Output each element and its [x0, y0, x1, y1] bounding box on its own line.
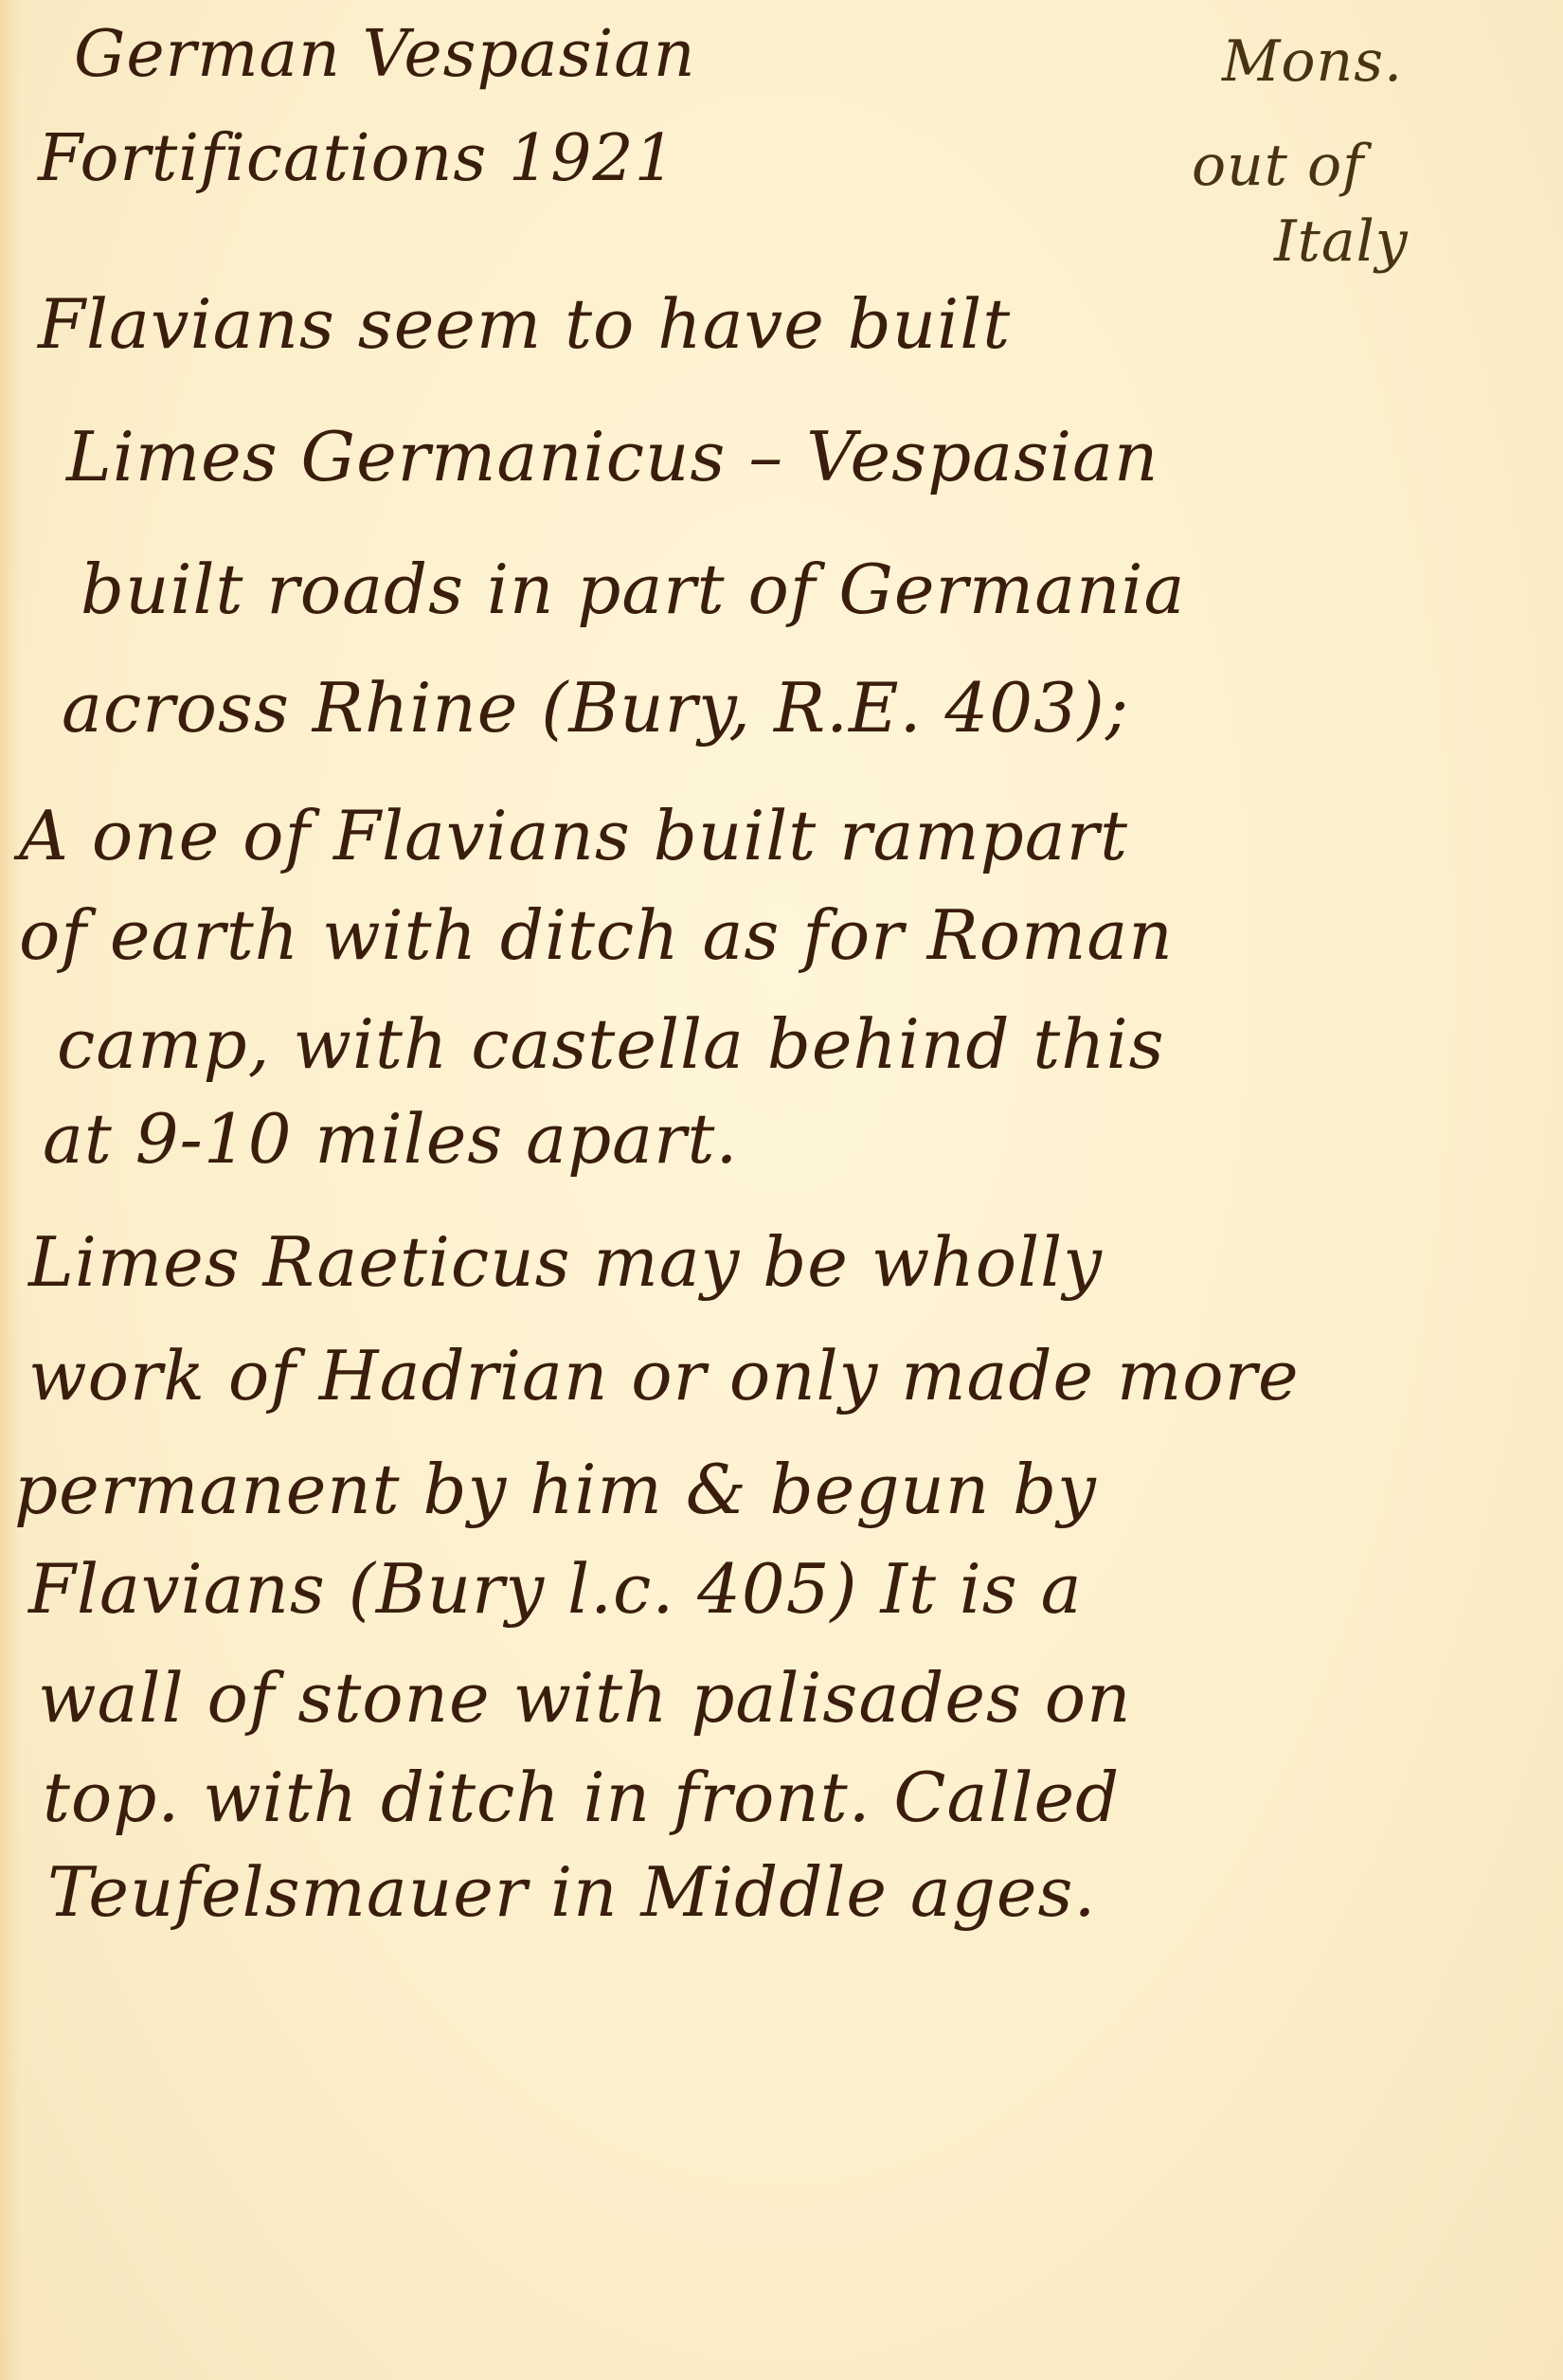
card-title-line-2: Fortifications 1921: [38, 121, 676, 196]
body-line-2: Limes Germanicus – Vespasian: [66, 417, 1159, 496]
body-line-8: at 9-10 miles apart.: [43, 1099, 738, 1179]
body-line-15: Teufelsmauer in Middle ages.: [47, 1852, 1096, 1932]
body-line-12: Flavians (Bury l.c. 405) It is a: [28, 1549, 1083, 1629]
body-line-1: Flavians seem to have built: [38, 284, 1011, 364]
body-line-7: camp, with castella behind this: [57, 1004, 1165, 1084]
body-line-4: across Rhine (Bury, R.E. 403);: [62, 668, 1129, 748]
margin-note-line-1: Mons.: [1222, 28, 1403, 95]
margin-note-line-3: Italy: [1274, 208, 1409, 275]
index-card: German Vespasian Fortifications 1921 Mon…: [0, 0, 1563, 2380]
body-line-3: built roads in part of Germania: [81, 550, 1185, 629]
card-title-line-1: German Vespasian: [74, 17, 696, 92]
body-line-13: wall of stone with palisades on: [38, 1658, 1132, 1738]
body-line-6: of earth with ditch as for Roman: [19, 895, 1174, 975]
body-line-10: work of Hadrian or only made more: [28, 1336, 1300, 1415]
body-line-14: top. with ditch in front. Called: [43, 1758, 1120, 1837]
body-line-5: A one of Flavians built rampart: [19, 796, 1128, 875]
margin-note-line-2: out of: [1192, 133, 1364, 199]
body-line-11: permanent by him & begun by: [14, 1450, 1097, 1529]
body-line-9: Limes Raeticus may be wholly: [28, 1222, 1103, 1302]
